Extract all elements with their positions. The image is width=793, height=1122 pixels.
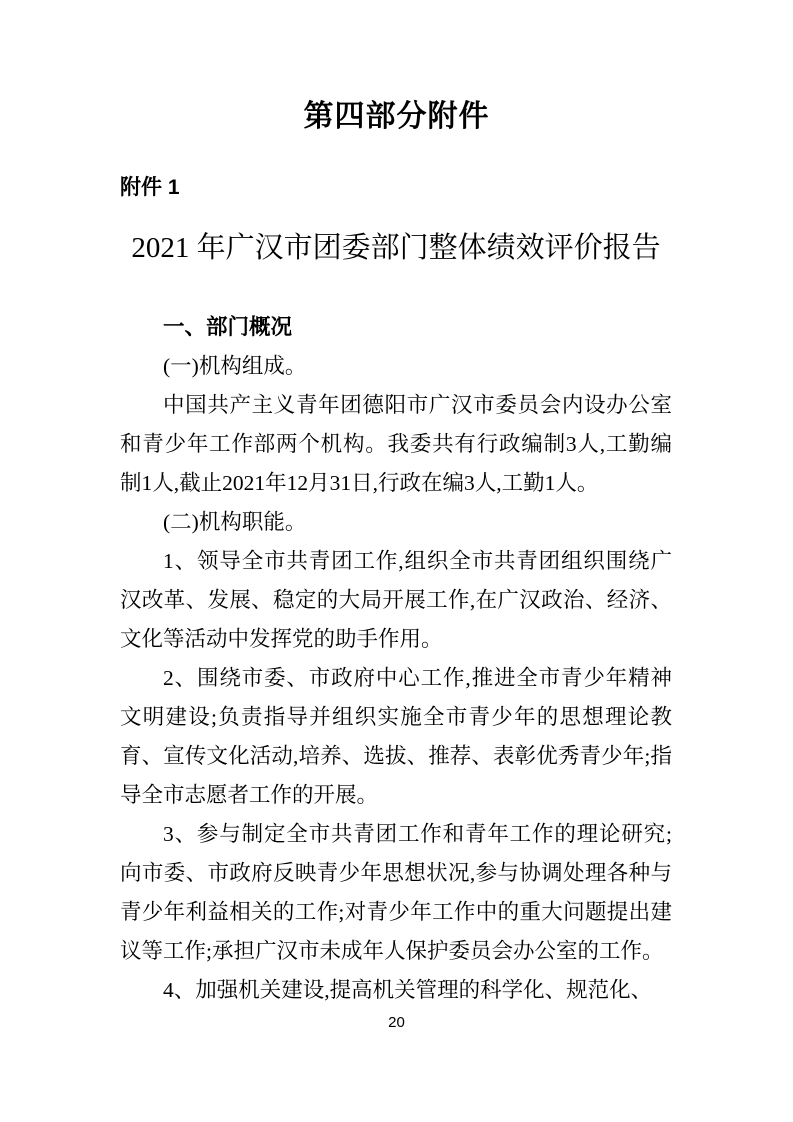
page-number: 20	[0, 1014, 793, 1032]
document-page: 第四部分附件 附件 1 2021 年广汉市团委部门整体绩效评价报告 一、部门概况…	[0, 0, 793, 1122]
paragraph: 4、加强机关建设,提高机关管理的科学化、规范化、	[120, 971, 672, 1010]
paragraph: 3、参与制定全市共青团工作和青年工作的理论研究;向市委、市政府反映青少年思想状况…	[120, 815, 672, 971]
document-body: 一、部门概况 (一)机构组成。 中国共产主义青年团德阳市广汉市委员会内设办公室和…	[120, 308, 672, 1010]
paragraph: (二)机构职能。	[120, 503, 672, 542]
section-heading: 一、部门概况	[120, 308, 672, 347]
paragraph: 中国共产主义青年团德阳市广汉市委员会内设办公室和青少年工作部两个机构。我委共有行…	[120, 386, 672, 503]
paragraph: 2、围绕市委、市政府中心工作,推进全市青少年精神文明建设;负责指导并组织实施全市…	[120, 659, 672, 815]
report-title: 2021 年广汉市团委部门整体绩效评价报告	[120, 228, 672, 269]
attachment-label: 附件 1	[120, 175, 793, 201]
part-heading: 第四部分附件	[0, 0, 793, 134]
paragraph: 1、领导全市共青团工作,组织全市共青团组织围绕广汉改革、发展、稳定的大局开展工作…	[120, 542, 672, 659]
paragraph: (一)机构组成。	[120, 347, 672, 386]
